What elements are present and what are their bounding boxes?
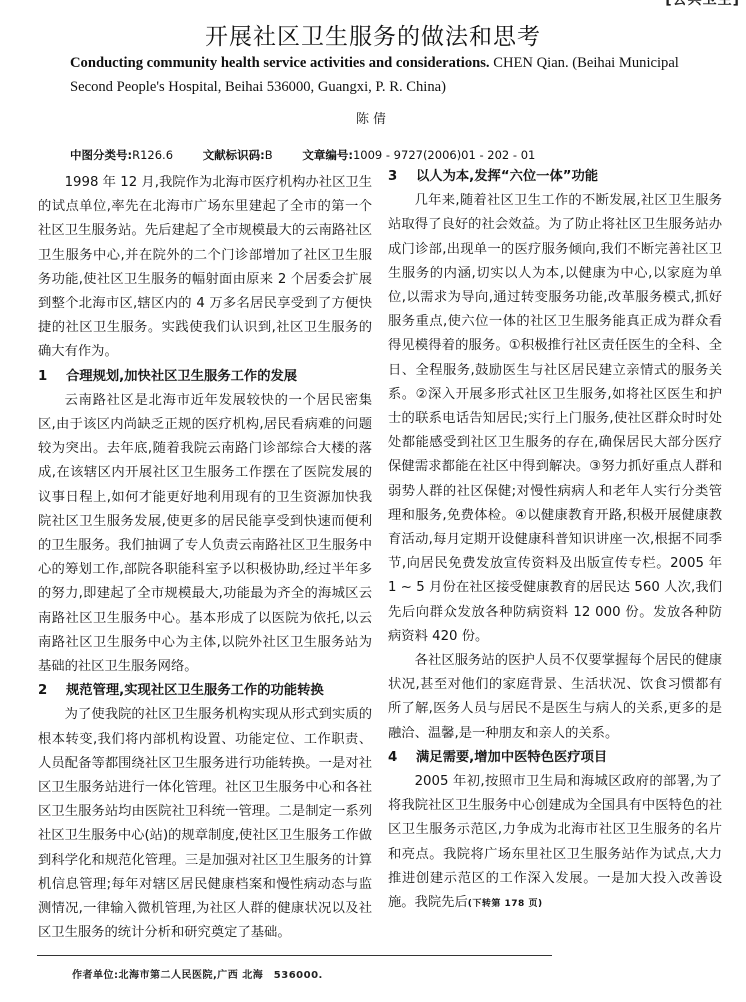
footnote-divider	[37, 955, 552, 956]
continued-on-page: (下转第 178 页)	[468, 899, 543, 909]
classification-line: 中图分类号:R126.6 文献标识码:B 文章编号:1009 - 9727(20…	[70, 147, 561, 163]
section-1-heading: 1合理规划,加快社区卫生服务工作的发展	[38, 365, 372, 389]
author-name: 陈倩	[0, 108, 746, 127]
english-title-block: Conducting community health service acti…	[70, 51, 710, 99]
section-2-heading: 2规范管理,实现社区卫生服务工作的功能转换	[38, 679, 372, 703]
right-column: 3以人为本,发挥“六位一体”功能 几年来,随着社区卫生工作的不断发展,社区卫生服…	[388, 165, 722, 916]
section-2-body: 为了使我院的社区卫生服务机构实现从形式到实质的根本转变,我们将内部机构设置、功能…	[38, 703, 372, 945]
clc-number: 中图分类号:R126.6	[70, 148, 173, 162]
section-1-body: 云南路社区是北海市近年发展较快的一个居民密集区,由于该区内尚缺乏正规的医疗机构,…	[38, 389, 372, 679]
section-4-body: 2005 年初,按照市卫生局和海城区政府的部署,为了将我院社区卫生服务中心创建成…	[388, 770, 722, 916]
document-code: 文献标识码:B	[203, 148, 273, 162]
left-column: 1998 年 12 月,我院作为北海市医疗机构办社区卫生的试点单位,率先在北海市…	[38, 171, 372, 946]
english-title: Conducting community health service acti…	[70, 55, 490, 71]
intro-paragraph: 1998 年 12 月,我院作为北海市医疗机构办社区卫生的试点单位,率先在北海市…	[38, 171, 372, 365]
section-3-heading: 3以人为本,发挥“六位一体”功能	[388, 165, 722, 189]
author-affiliation-footnote: 作者单位:北海市第二人民医院,广西 北海 536000.	[72, 966, 323, 981]
running-head: [公共卫生]	[665, 0, 740, 9]
article-number: 文章编号:1009 - 9727(2006)01 - 202 - 01	[302, 148, 535, 162]
section-3-body: 几年来,随着社区卫生工作的不断发展,社区卫生服务站取得了良好的社会效益。为了防止…	[388, 189, 722, 649]
section-3-body-2: 各社区服务站的医护人员不仅要掌握每个居民的健康状况,甚至对他们的家庭背景、生活状…	[388, 649, 722, 746]
section-4-heading: 4满足需要,增加中医特色医疗项目	[388, 746, 722, 770]
article-title: 开展社区卫生服务的做法和思考	[0, 18, 746, 51]
